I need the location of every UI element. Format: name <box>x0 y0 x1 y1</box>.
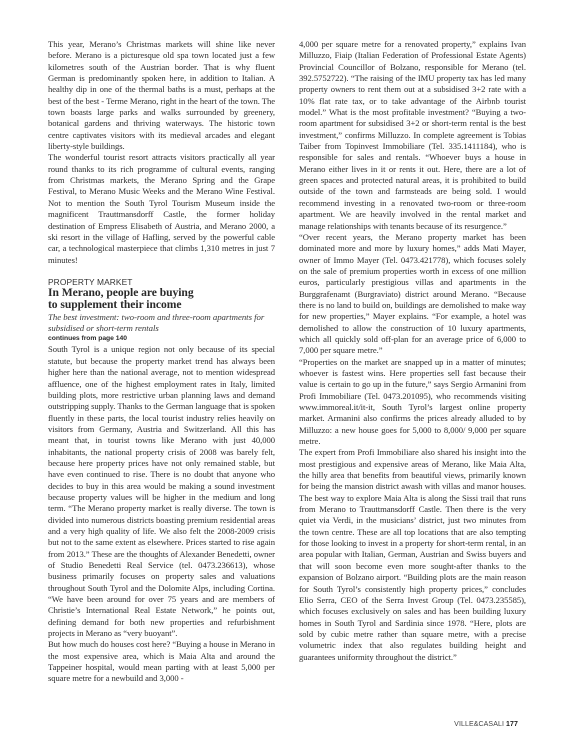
intro-paragraph-2: The wonderful tourist resort attracts vi… <box>48 152 275 265</box>
headline-line-1: In Merano, people are buying <box>48 286 194 299</box>
right-paragraph-3: “Properties on the market are snapped up… <box>299 357 526 448</box>
right-paragraph-4: The expert from Profi Immobiliare also s… <box>299 447 526 663</box>
property-market-section: PROPERTY MARKET In Merano, people are bu… <box>48 277 275 345</box>
headline-line-2: to supplement their income <box>48 298 181 311</box>
left-column: This year, Merano’s Christmas markets wi… <box>48 39 275 685</box>
right-paragraph-2: “Over recent years, the Merano property … <box>299 232 526 357</box>
page-footer: VILLE&CASALI177 <box>454 721 518 728</box>
body-paragraph-2: But how much do houses cost here? “Buyin… <box>48 639 275 684</box>
right-paragraph-1: 4,000 per square metre for a renovated p… <box>299 39 526 232</box>
section-headline: In Merano, people are buying to suppleme… <box>48 287 275 312</box>
section-subhead: The best investment: two-room and three-… <box>48 312 275 334</box>
publication-name: VILLE&CASALI <box>454 721 504 728</box>
body-paragraph-1: South Tyrol is a unique region not only … <box>48 344 275 639</box>
continues-from-label: continues from page 140 <box>48 334 275 344</box>
page-number: 177 <box>506 721 518 728</box>
right-column: 4,000 per square metre for a renovated p… <box>299 39 526 663</box>
magazine-page: This year, Merano’s Christmas markets wi… <box>0 0 580 749</box>
intro-paragraph-1: This year, Merano’s Christmas markets wi… <box>48 39 275 152</box>
